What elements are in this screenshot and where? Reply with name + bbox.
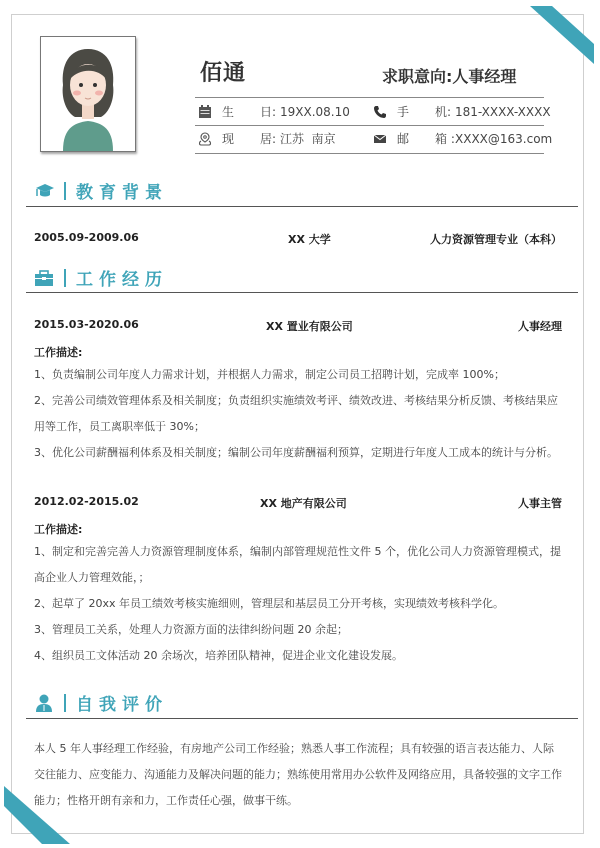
graduation-cap-icon xyxy=(34,182,54,200)
section-title-self-eval: 自我评价 xyxy=(76,690,168,715)
work-entry-1-desc: 1、负责编制公司年度人力需求计划，并根据人力需求，制定公司员工招聘计划，完成率 … xyxy=(34,362,564,466)
candidate-name: 佰通 xyxy=(200,56,246,87)
section-rule xyxy=(26,206,578,207)
email-value[interactable]: XXXX@163.com xyxy=(455,126,552,152)
self-eval-text: 本人 5 年人事经理工作经验，有房地产公司工作经验；熟悉人事工作流程；具有较强的… xyxy=(34,736,564,814)
phone-value[interactable]: 181-XXXX-XXXX xyxy=(455,99,551,125)
briefcase-icon xyxy=(34,269,54,287)
birthday-label-1: 生 xyxy=(222,99,234,125)
work-desc-label: 工作描述: xyxy=(34,344,82,360)
work-role: 人事经理 xyxy=(518,318,562,334)
location-icon xyxy=(198,132,212,146)
info-row-2: 现 居: 江苏 南京 邮 箱 : XXXX@163.com xyxy=(195,126,544,152)
person-icon xyxy=(34,694,54,712)
work-period: 2015.03-2020.06 xyxy=(34,318,139,331)
phone-icon xyxy=(373,105,387,119)
residence-value: 江苏 南京 xyxy=(280,126,336,152)
info-divider xyxy=(195,153,544,154)
residence-label-1: 现 xyxy=(222,126,234,152)
section-title-work: 工作经历 xyxy=(76,265,168,290)
work-entry-1-header: 2015.03-2020.06 XX 置业有限公司 人事经理 xyxy=(34,318,562,336)
calendar-icon xyxy=(198,105,212,119)
mail-icon xyxy=(373,132,387,146)
section-divider-bar xyxy=(64,182,66,200)
section-divider-bar xyxy=(64,269,66,287)
education-period: 2005.09-2009.06 xyxy=(34,231,139,244)
work-desc-item: 1、制定和完善完善人力资源管理制度体系，编制内部管理规范性文件 5 个，优化公司… xyxy=(34,539,564,591)
work-desc-item: 3、管理员工关系，处理人力资源方面的法律纠纷问题 20 余起； xyxy=(34,617,564,643)
avatar-photo xyxy=(40,36,136,152)
work-desc-label: 工作描述: xyxy=(34,521,82,537)
corner-decoration-top-right xyxy=(530,6,594,64)
work-desc-item: 2、起草了 20xx 年员工绩效考核实施细则，管理层和基层员工分开考核，实现绩效… xyxy=(34,591,564,617)
phone-label-2: 机: xyxy=(435,99,451,125)
work-company: XX 地产有限公司 xyxy=(260,495,347,511)
section-rule xyxy=(26,292,578,293)
work-desc-item: 1、负责编制公司年度人力需求计划，并根据人力需求，制定公司员工招聘计划，完成率 … xyxy=(34,362,564,388)
work-desc-item: 4、组织员工文体活动 20 余场次，培养团队精神，促进企业文化建设发展。 xyxy=(34,643,564,669)
phone-label-1: 手 xyxy=(397,99,409,125)
birthday-label-2: 日: xyxy=(260,99,276,125)
work-company: XX 置业有限公司 xyxy=(266,318,353,334)
work-period: 2012.02-2015.02 xyxy=(34,495,139,508)
email-label-1: 邮 xyxy=(397,126,409,152)
work-desc-item: 2、完善公司绩效管理体系及相关制度；负责组织实施绩效考评、绩效改进、考核结果分析… xyxy=(34,388,564,440)
work-entry-2-desc: 1、制定和完善完善人力资源管理制度体系，编制内部管理规范性文件 5 个，优化公司… xyxy=(34,539,564,669)
job-intent: 求职意向:人事经理 xyxy=(382,64,516,87)
education-school: XX 大学 xyxy=(288,231,331,247)
education-entry: 2005.09-2009.06 XX 大学 人力资源管理专业（本科） xyxy=(34,231,562,249)
education-major: 人力资源管理专业（本科） xyxy=(430,231,562,247)
info-row-1: 生 日: 19XX.08.10 手 机: 181-XXXX-XXXX xyxy=(195,99,544,125)
section-title-education: 教育背景 xyxy=(76,178,168,203)
work-entry-2-header: 2012.02-2015.02 XX 地产有限公司 人事主管 xyxy=(34,495,562,513)
section-rule xyxy=(26,718,578,719)
work-role: 人事主管 xyxy=(518,495,562,511)
birthday-value: 19XX.08.10 xyxy=(280,99,350,125)
residence-label-2: 居: xyxy=(260,126,276,152)
avatar-illustration xyxy=(41,37,135,151)
email-label-2: 箱 : xyxy=(435,126,455,152)
info-divider xyxy=(195,97,544,98)
section-divider-bar xyxy=(64,694,66,712)
work-desc-item: 3、优化公司薪酬福利体系及相关制度；编制公司年度薪酬福利预算，定期进行年度人工成… xyxy=(34,440,564,466)
